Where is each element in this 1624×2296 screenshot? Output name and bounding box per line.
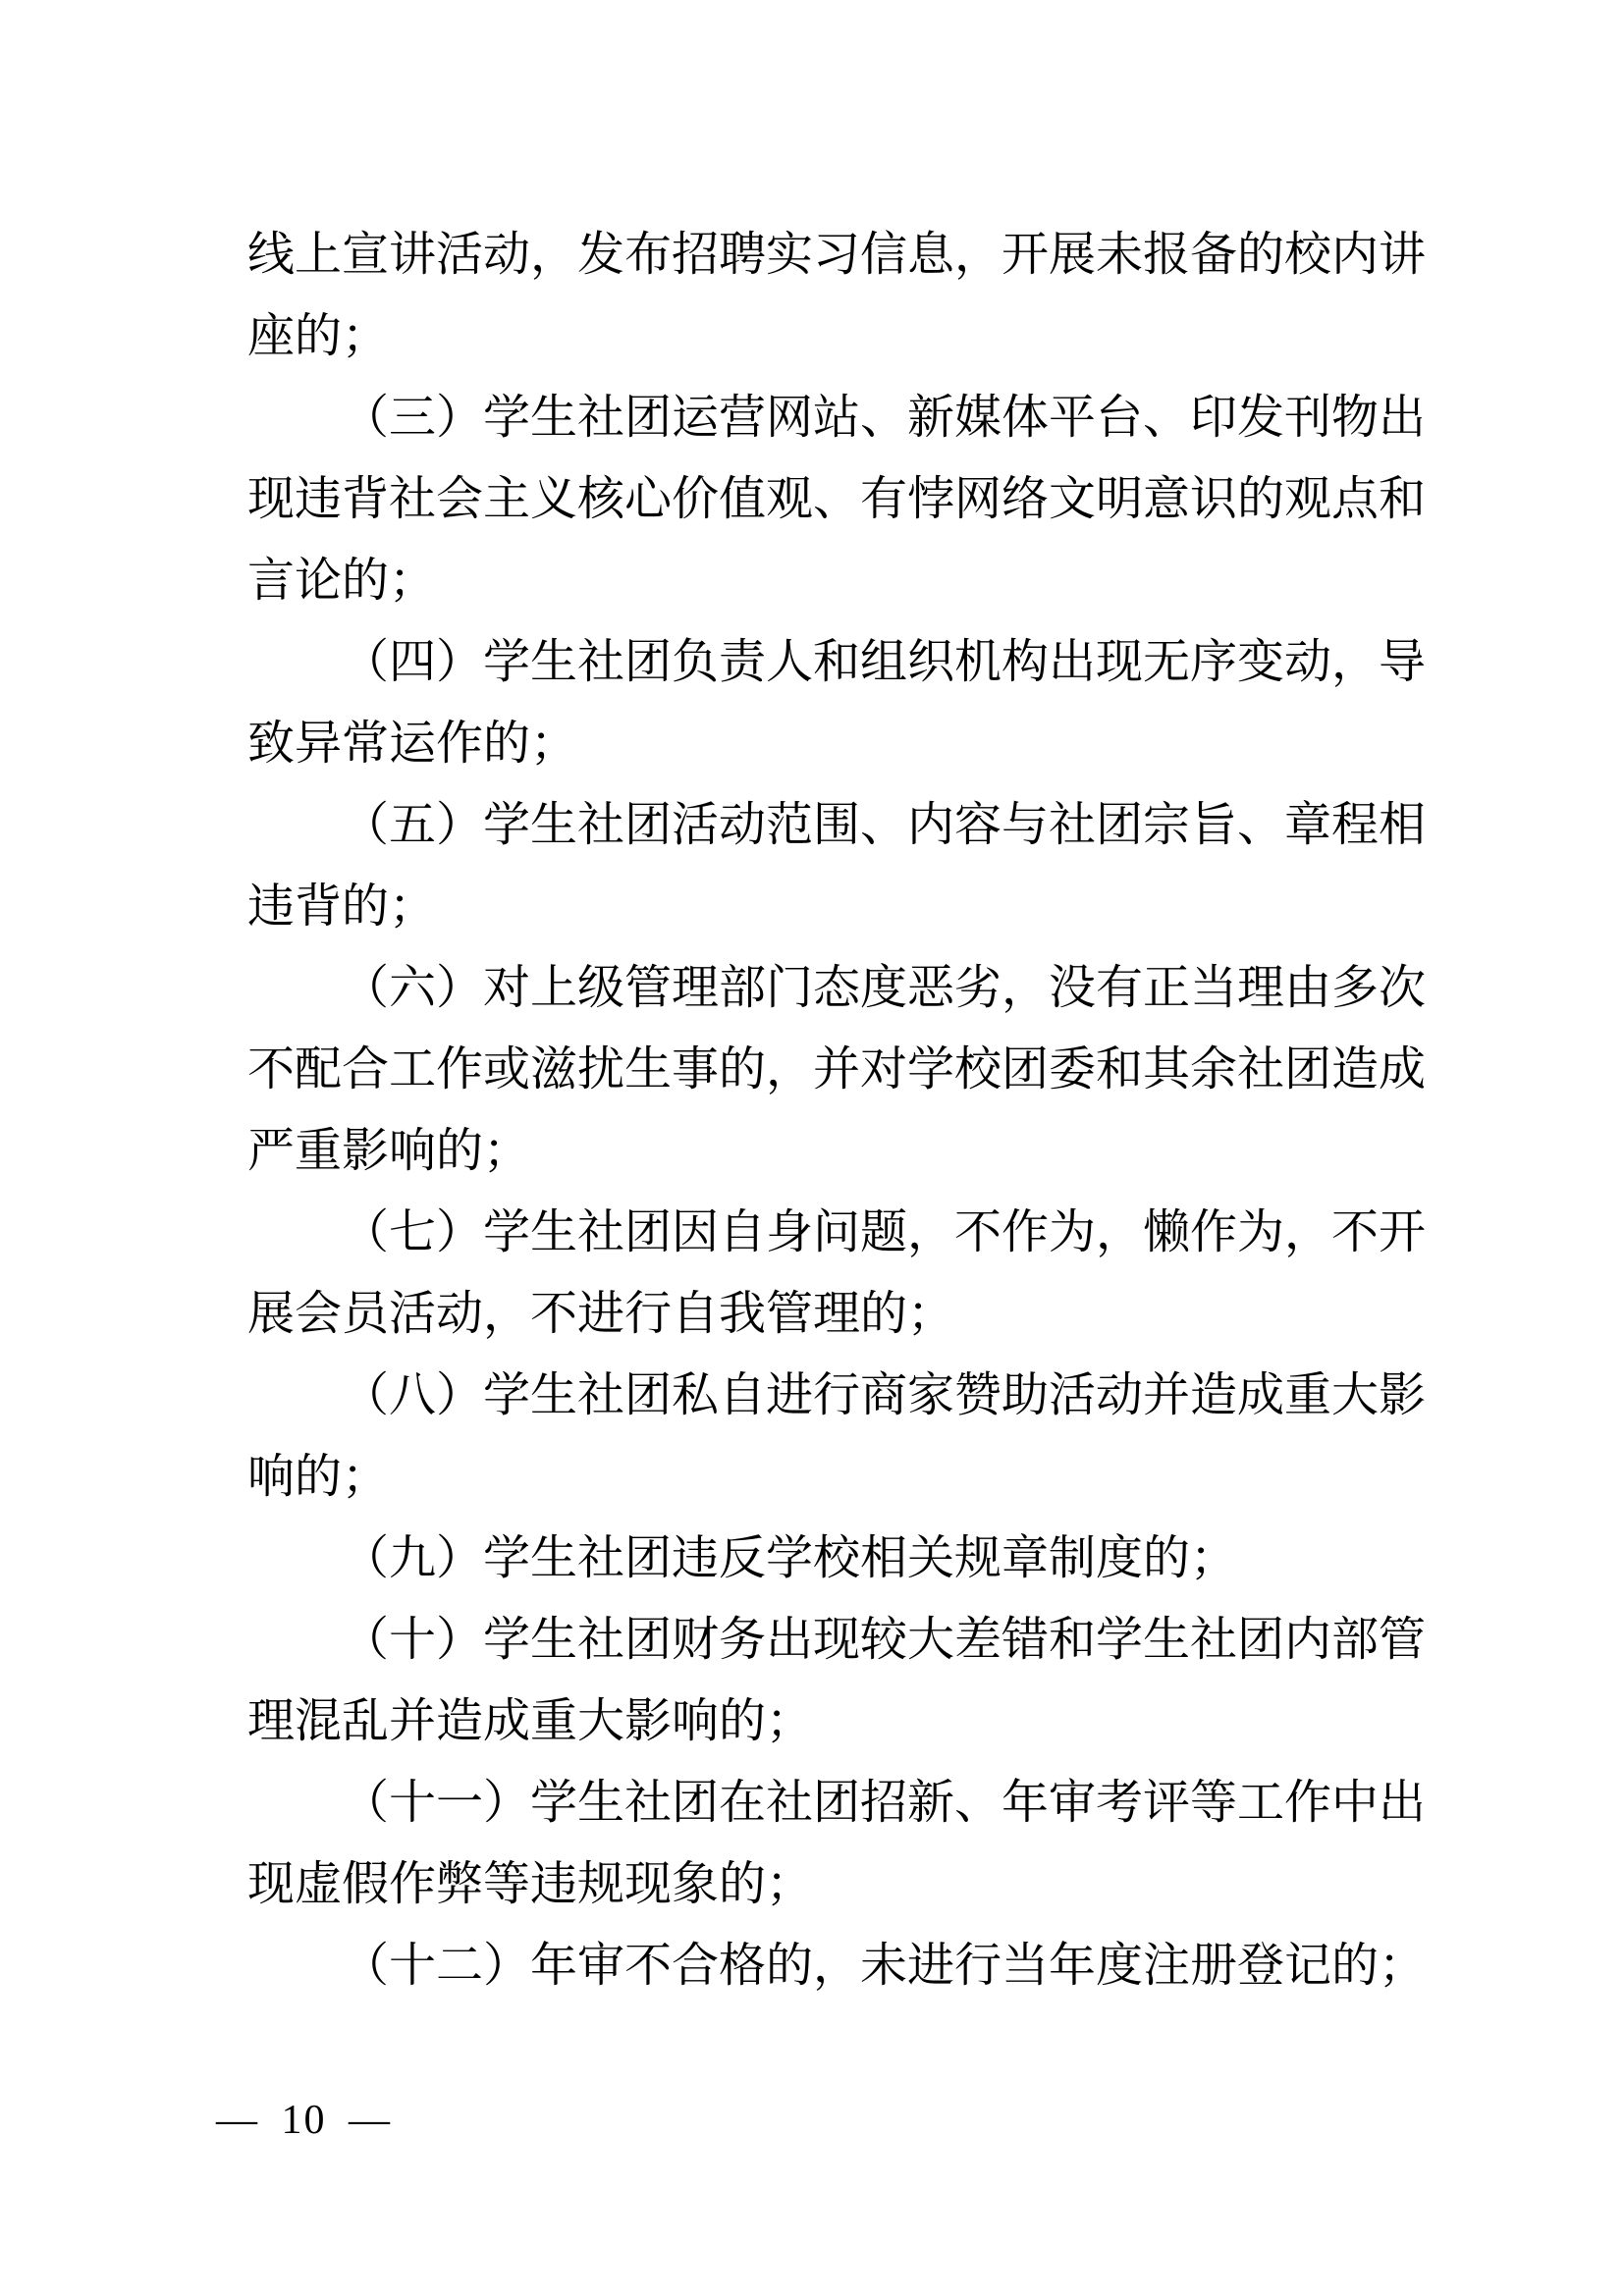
text-line: （八）学生社团私自进行商家赞助活动并造成重大影 (247, 1355, 1426, 1436)
text-line: （六）对上级管理部门态度恶劣，没有正当理由多次 (247, 947, 1426, 1029)
text-line: 理混乱并造成重大影响的； (247, 1681, 1426, 1762)
text-line: 致异常运作的； (247, 703, 1426, 784)
text-line: 严重影响的； (247, 1110, 1426, 1192)
text-line: 现虚假作弊等违规现象的； (247, 1843, 1426, 1925)
text-line: 违背的； (247, 866, 1426, 947)
text-line: （十二）年审不合格的，未进行当年度注册登记的； (247, 1925, 1426, 2006)
text-line: （五）学生社团活动范围、内容与社团宗旨、章程相 (247, 784, 1426, 866)
text-line: （九）学生社团违反学校相关规章制度的； (247, 1518, 1426, 1599)
text-line: 座的； (247, 295, 1426, 377)
text-line: 展会员活动，不进行自我管理的； (247, 1273, 1426, 1355)
text-line: （四）学生社团负责人和组织机构出现无序变动，导 (247, 621, 1426, 703)
text-line: （三）学生社团运营网站、新媒体平台、印发刊物出 (247, 377, 1426, 458)
page-footer: — 10 — (216, 2091, 392, 2150)
text-line: 响的； (247, 1436, 1426, 1518)
text-line: （十）学生社团财务出现较大差错和学生社团内部管 (247, 1599, 1426, 1681)
text-line: （七）学生社团因自身问题，不作为，懒作为，不开 (247, 1192, 1426, 1273)
text-line: 不配合工作或滋扰生事的，并对学校团委和其余社团造成 (247, 1029, 1426, 1110)
text-line: （十一）学生社团在社团招新、年审考评等工作中出 (247, 1762, 1426, 1843)
text-line: 线上宣讲活动，发布招聘实习信息，开展未报备的校内讲 (247, 214, 1426, 295)
text-line: 现违背社会主义核心价值观、有悖网络文明意识的观点和 (247, 458, 1426, 540)
document-page: 线上宣讲活动，发布招聘实习信息，开展未报备的校内讲座的；（三）学生社团运营网站、… (0, 0, 1624, 2296)
document-body: 线上宣讲活动，发布招聘实习信息，开展未报备的校内讲座的；（三）学生社团运营网站、… (247, 214, 1426, 2006)
text-line: 言论的； (247, 540, 1426, 621)
page-number: — 10 — (216, 2098, 392, 2143)
